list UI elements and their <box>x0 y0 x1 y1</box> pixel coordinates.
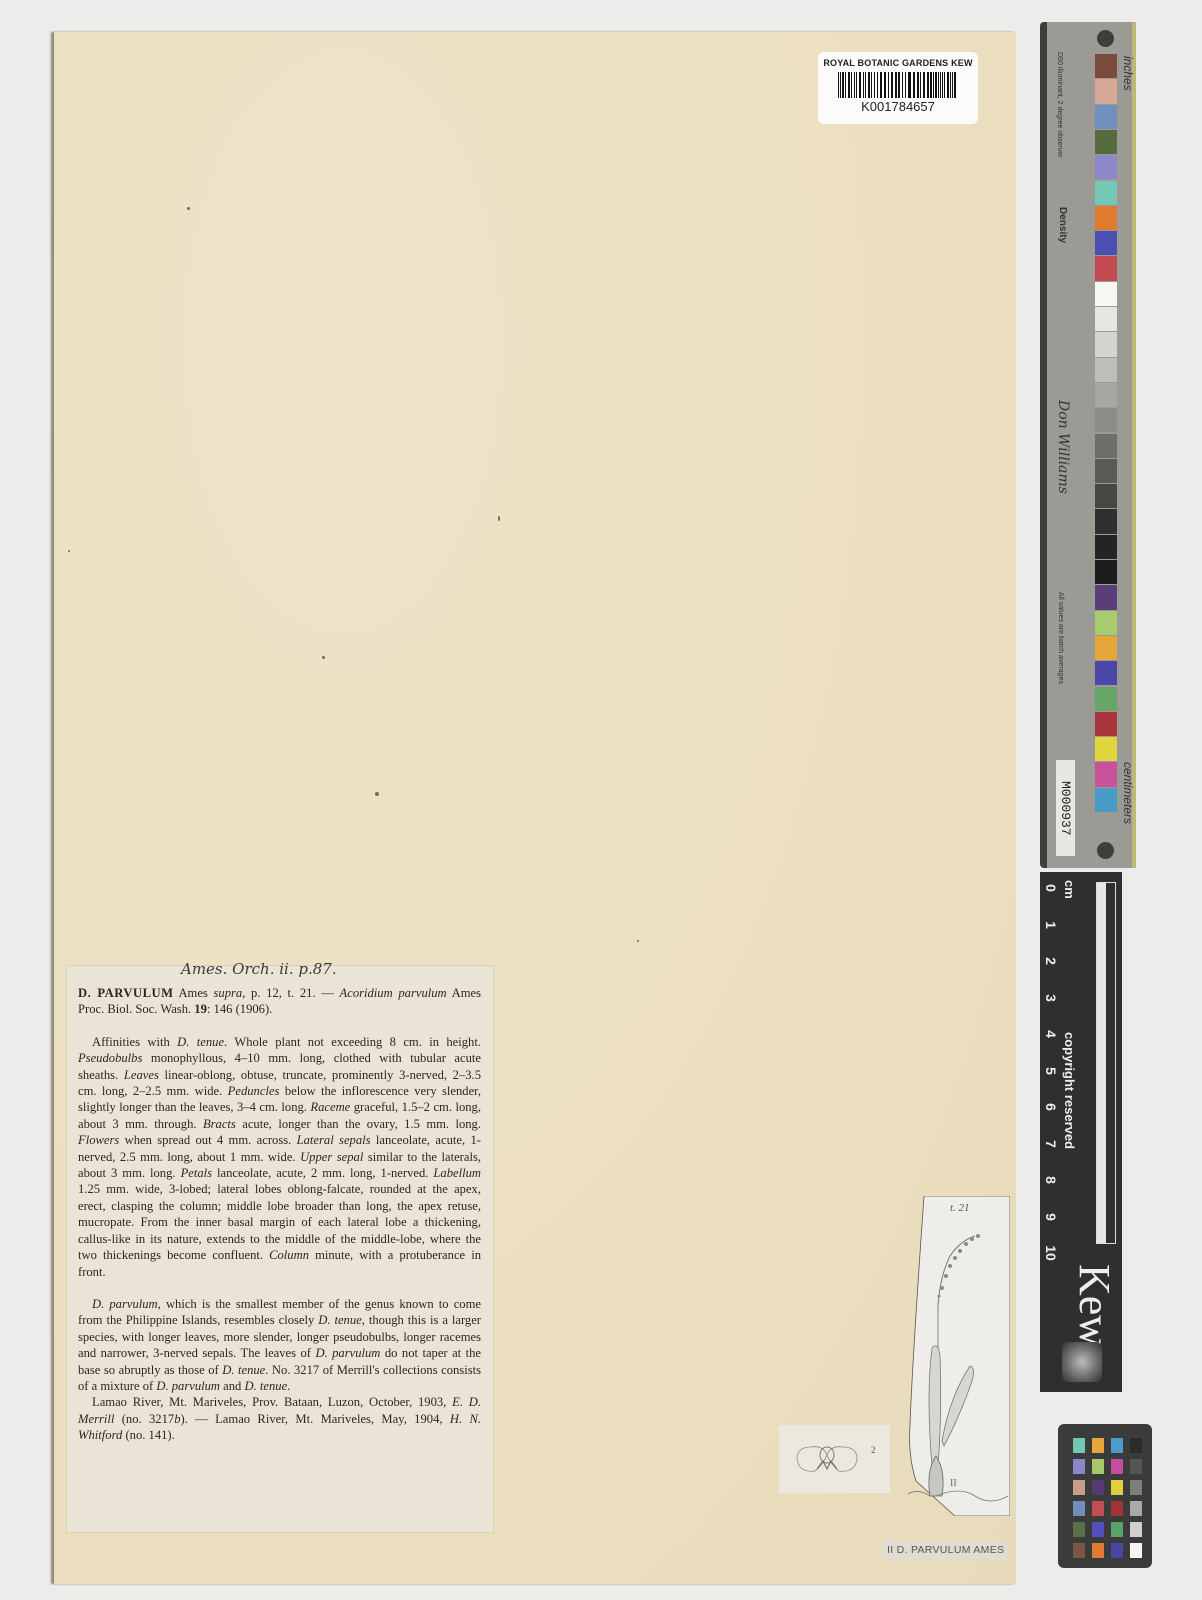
barcode-bar <box>874 72 876 98</box>
color-patch <box>1095 307 1117 331</box>
barcode-bar <box>954 72 956 98</box>
text: Petals <box>181 1166 212 1180</box>
color-patch <box>1095 105 1117 129</box>
discussion-paragraph: D. parvulum, which is the smallest membe… <box>78 1296 481 1394</box>
barcode-bar <box>877 72 878 98</box>
barcode-bar <box>933 72 935 98</box>
color-swatch <box>1111 1543 1123 1558</box>
ruler-digit: 7 <box>1043 1135 1059 1153</box>
ruler-digit: 1 <box>1043 916 1059 934</box>
text: Upper sepal <box>300 1150 363 1164</box>
barcode-bar <box>905 72 906 98</box>
barcode-bar <box>848 72 850 98</box>
ruler-digit: 4 <box>1043 1025 1059 1043</box>
speck <box>322 656 325 659</box>
color-patch <box>1095 636 1117 660</box>
color-patch <box>1095 484 1117 508</box>
color-patch <box>1095 206 1117 230</box>
barcode-bar <box>917 72 918 98</box>
color-patch <box>1095 155 1117 179</box>
barcode-bar <box>940 72 941 98</box>
color-patch <box>1095 712 1117 736</box>
ruler-segment <box>1097 1135 1106 1171</box>
barcode-bar <box>845 72 846 98</box>
figure-number: 2 <box>871 1445 876 1455</box>
handwritten-reference: Ames. Orch. ii. p.87. <box>181 961 337 977</box>
text: Ames <box>173 986 213 1000</box>
color-swatch <box>1130 1480 1142 1495</box>
speck <box>187 207 190 210</box>
color-swatch <box>1092 1501 1104 1516</box>
cm-unit-label: cm <box>1062 880 1077 899</box>
ruler-segment <box>1106 1027 1115 1063</box>
text: Peduncles <box>228 1084 280 1098</box>
text: D. tenue <box>245 1379 288 1393</box>
text: Column <box>269 1248 309 1262</box>
color-bar-code: M000937 <box>1056 760 1075 856</box>
kew-logo: Kew <box>1072 1264 1116 1347</box>
barcode-bar <box>923 72 924 98</box>
synonym: Acoridium parvulum <box>340 986 447 1000</box>
color-patch <box>1095 282 1117 306</box>
ruler-digit: 0 <box>1043 879 1059 897</box>
ruler-segment <box>1097 955 1106 991</box>
barcode-bar <box>856 72 857 98</box>
text: acute, longer than the ovary, 1.5 mm. lo… <box>236 1117 481 1131</box>
color-patch <box>1095 585 1117 609</box>
color-patch <box>1095 788 1117 812</box>
barcode-bar <box>938 72 939 98</box>
orchid-drawing-icon: t. 21 II <box>880 1196 1010 1516</box>
text: D. tenue <box>318 1313 361 1327</box>
color-swatch <box>1130 1501 1142 1516</box>
centimeters-label: centimeters <box>1121 762 1135 824</box>
color-patch <box>1095 408 1117 432</box>
text: , p. 12, t. 21. — <box>242 986 339 1000</box>
illuminant-note: D50 Illuminant, 2 degree observer <box>1056 52 1063 157</box>
barcode-bar <box>947 72 948 98</box>
barcode-bar <box>854 72 855 98</box>
barcode-bar <box>851 72 852 98</box>
hole-icon <box>1097 842 1114 859</box>
barcode-bar <box>927 72 929 98</box>
institution-name: ROYAL BOTANIC GARDENS KEW <box>818 58 978 68</box>
ruler-digit: 2 <box>1043 952 1059 970</box>
text: Pseudobulbs <box>78 1051 142 1065</box>
text: Lateral sepals <box>297 1133 371 1147</box>
barcode-bar <box>888 72 890 98</box>
svg-text:t. 21: t. 21 <box>950 1202 970 1214</box>
color-swatch <box>1092 1480 1104 1495</box>
text: . <box>287 1379 290 1393</box>
barcode-bar <box>924 72 925 98</box>
flower-detail-illustration: 2 <box>779 1425 890 1493</box>
color-patch <box>1095 509 1117 533</box>
color-patch <box>1095 79 1117 103</box>
text: D. parvulum <box>156 1379 220 1393</box>
text: (no. 141). <box>122 1428 174 1442</box>
text: supra <box>214 986 243 1000</box>
barcode-number: K001784657 <box>818 99 978 114</box>
color-swatch <box>1092 1438 1104 1453</box>
color-patch <box>1095 434 1117 458</box>
volume: 19 <box>194 1002 207 1016</box>
text: ). — Lamao River, Mt. Mariveles, May, 19… <box>181 1412 450 1426</box>
barcode-bar <box>918 72 919 98</box>
text: lanceolate, acute, 2 mm. long, 1-nerved. <box>212 1166 433 1180</box>
color-patch <box>1095 231 1117 255</box>
color-swatch <box>1073 1480 1085 1495</box>
plant-illustration: t. 21 II <box>880 1196 1010 1516</box>
ruler-segment <box>1106 919 1115 955</box>
barcode-bar <box>884 72 886 98</box>
ruler-segment <box>1097 1027 1106 1063</box>
text: Labellum <box>433 1166 481 1180</box>
barcode-bar <box>944 72 945 98</box>
barcode-bar <box>880 72 882 98</box>
ruler-segment <box>1097 883 1106 919</box>
color-swatch <box>1092 1459 1104 1474</box>
text: (no. 3217 <box>114 1412 174 1426</box>
color-swatch <box>1092 1543 1104 1558</box>
text: Raceme <box>310 1100 350 1114</box>
ruler-segment <box>1097 1171 1106 1207</box>
barcode-bar <box>868 72 870 98</box>
crest-icon <box>1062 1342 1102 1382</box>
label-heading: D. PARVULUM Ames supra, p. 12, t. 21. — … <box>78 985 481 1018</box>
barcode-bar <box>898 72 900 98</box>
barcode-bar <box>920 72 921 98</box>
ruler-digit: 6 <box>1043 1098 1059 1116</box>
density-label: Density <box>1057 207 1068 243</box>
color-patch <box>1095 54 1117 78</box>
text: . Whole plant not exceeding 8 cm. in hei… <box>224 1035 481 1049</box>
barcode-bar <box>914 72 915 98</box>
hole-icon <box>1097 30 1114 47</box>
barcode-bar <box>908 72 909 98</box>
text: : 146 (1906). <box>207 1002 272 1016</box>
color-patch <box>1095 332 1117 356</box>
color-calibration-bar: inches centimeters D50 Illuminant, 2 deg… <box>1040 22 1136 868</box>
barcode-bar <box>891 72 893 98</box>
ruler-segment <box>1106 1171 1115 1207</box>
color-swatch <box>1130 1543 1142 1558</box>
color-swatch <box>1073 1459 1085 1474</box>
barcode-bar <box>842 72 844 98</box>
text: when spread out 4 mm. across. <box>119 1133 296 1147</box>
barcode-bar <box>902 72 903 98</box>
ruler-segment <box>1097 1207 1106 1243</box>
color-patch <box>1095 762 1117 786</box>
copyright-label: copyright reserved <box>1062 1032 1077 1149</box>
ruler-digit: 9 <box>1043 1208 1059 1226</box>
barcode-bar <box>935 72 936 98</box>
text: Bracts <box>203 1117 236 1131</box>
color-patch <box>1095 737 1117 761</box>
text: Flowers <box>78 1133 119 1147</box>
ruler-segment <box>1106 1099 1115 1135</box>
specimen-label: Ames. Orch. ii. p.87. D. PARVULUM Ames s… <box>66 965 494 1533</box>
speck <box>637 940 639 942</box>
inches-label: inches <box>1121 56 1135 91</box>
color-patch <box>1095 535 1117 559</box>
text: Lamao River, Mt. Mariveles, Prov. Bataan… <box>92 1395 452 1409</box>
ruler-segment <box>1106 955 1115 991</box>
flower-drawing-icon <box>779 1425 890 1493</box>
speck <box>68 550 70 552</box>
barcode-bar <box>865 72 866 98</box>
barcode-label: ROYAL BOTANIC GARDENS KEW K001784657 <box>818 52 978 124</box>
color-swatch <box>1073 1522 1085 1537</box>
color-patch <box>1095 687 1117 711</box>
text: D. parvulum <box>315 1346 380 1360</box>
bar-edge <box>1132 22 1136 868</box>
speck <box>375 792 379 796</box>
color-swatch <box>1130 1438 1142 1453</box>
barcode <box>838 72 958 98</box>
ruler-segment <box>1097 1063 1106 1099</box>
color-swatch <box>1092 1522 1104 1537</box>
color-swatch <box>1111 1480 1123 1495</box>
ruler-segment <box>1097 991 1106 1027</box>
color-patch <box>1095 181 1117 205</box>
barcode-bar <box>930 72 931 98</box>
print-label: II D. PARVULUM AMES <box>883 1541 1007 1560</box>
text: D. tenue <box>177 1035 224 1049</box>
ruler-segment <box>1106 1135 1115 1171</box>
barcode-bar <box>840 72 841 98</box>
speck <box>498 516 500 521</box>
barcode-bar <box>942 72 943 98</box>
ruler-digit: 3 <box>1043 989 1059 1007</box>
species-name: D. PARVULUM <box>78 986 173 1000</box>
color-patch <box>1095 459 1117 483</box>
ruler-segment <box>1106 1063 1115 1099</box>
ruler-digit: 8 <box>1043 1171 1059 1189</box>
color-swatch <box>1130 1459 1142 1474</box>
barcode-bar <box>895 72 897 98</box>
color-patch <box>1095 383 1117 407</box>
color-swatch <box>1111 1501 1123 1516</box>
barcode-bar <box>913 72 914 98</box>
color-swatch <box>1073 1501 1085 1516</box>
barcode-bar <box>859 72 860 98</box>
color-swatch <box>1130 1522 1142 1537</box>
text: Affinities with <box>92 1035 177 1049</box>
color-patch <box>1095 358 1117 382</box>
averages-note: All values are batch averages <box>1057 592 1064 684</box>
color-patch <box>1095 611 1117 635</box>
ruler-segment <box>1106 1207 1115 1243</box>
color-swatch <box>1111 1438 1123 1453</box>
color-swatch <box>1111 1522 1123 1537</box>
text: D. parvulum <box>92 1297 158 1311</box>
color-patch <box>1095 560 1117 584</box>
ruler-digit: 10 <box>1043 1244 1059 1262</box>
ruler-segment <box>1097 1099 1106 1135</box>
svg-text:II: II <box>950 1478 957 1489</box>
barcode-bar <box>863 72 864 98</box>
text: and <box>220 1379 244 1393</box>
barcode-bar <box>952 72 953 98</box>
description-paragraph: Affinities with D. tenue. Whole plant no… <box>78 1034 481 1280</box>
cm-scale-ruler: 012345678910 cm copyright reserved Kew <box>1040 872 1122 1392</box>
ruler-scale <box>1096 882 1116 1244</box>
brand-label: Don Williams <box>1055 400 1071 494</box>
color-patch <box>1095 130 1117 154</box>
text: Leaves <box>124 1068 159 1082</box>
barcode-bar <box>838 72 839 98</box>
color-swatch <box>1073 1543 1085 1558</box>
barcode-bar <box>950 72 952 98</box>
color-patch <box>1095 661 1117 685</box>
color-patch <box>1095 256 1117 280</box>
text: D. tenue <box>222 1363 265 1377</box>
localities-paragraph: Lamao River, Mt. Mariveles, Prov. Bataan… <box>78 1394 481 1443</box>
color-swatch <box>1111 1459 1123 1474</box>
ruler-segment <box>1097 919 1106 955</box>
ruler-segment <box>1106 991 1115 1027</box>
color-checker-card <box>1058 1424 1152 1568</box>
barcode-bar <box>909 72 910 98</box>
color-swatch <box>1073 1438 1085 1453</box>
barcode-bar <box>871 72 872 98</box>
ruler-digit: 5 <box>1043 1062 1059 1080</box>
ruler-segment <box>1106 883 1115 919</box>
